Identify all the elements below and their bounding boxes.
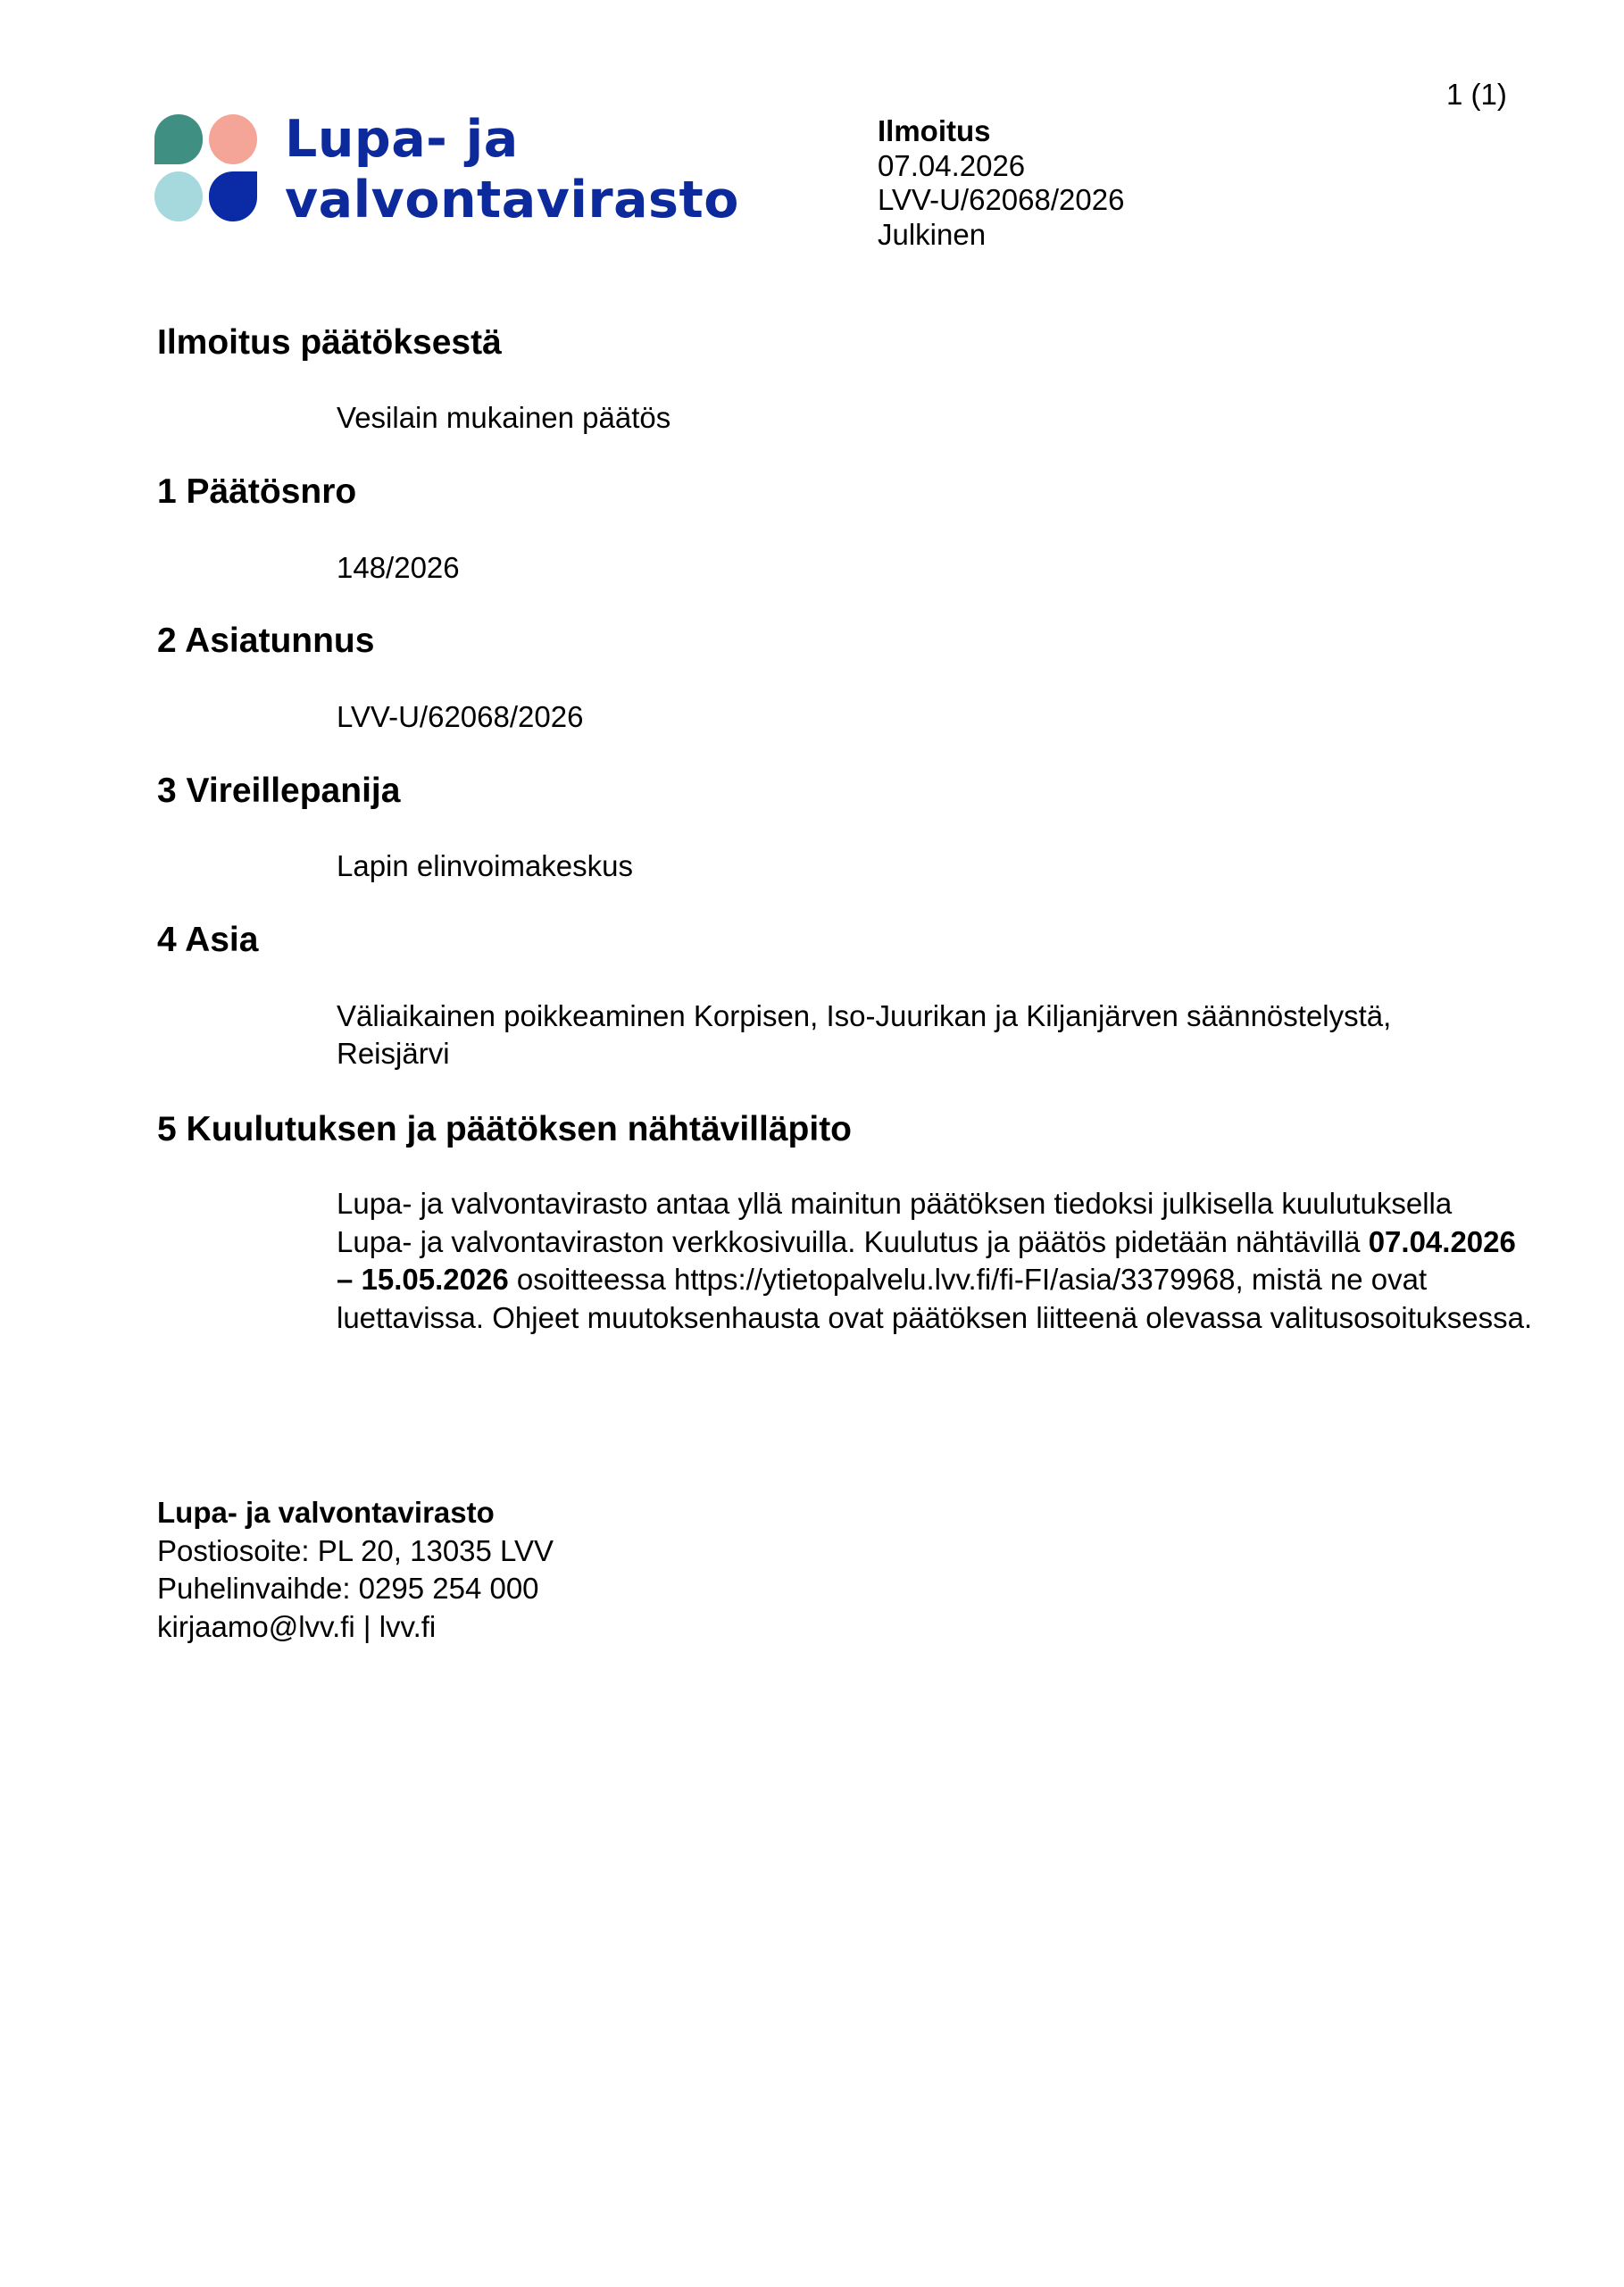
matter-line-2: Reisjärvi xyxy=(337,1035,450,1073)
page-title: Ilmoitus päätöksestä xyxy=(157,322,502,363)
logo-line-2: valvontavirasto xyxy=(285,170,739,230)
logo-cyan-circle-icon xyxy=(154,171,203,221)
publication-lead: Lupa- ja valvontavirasto antaa yllä main… xyxy=(337,1187,1452,1258)
case-id: LVV-U/62068/2026 xyxy=(337,698,583,737)
footer-links: kirjaamo@lvv.fi | lvv.fi xyxy=(157,1608,554,1647)
doc-type: Ilmoitus xyxy=(878,114,1124,149)
section-heading-publication: 5 Kuulutuksen ja päätöksen nähtävilläpit… xyxy=(157,1109,852,1150)
logo-salmon-circle-icon xyxy=(209,114,257,164)
page-indicator: 1 (1) xyxy=(1446,77,1507,113)
doc-date: 07.04.2026 xyxy=(878,149,1124,184)
logo-line-1: Lupa- ja xyxy=(285,109,739,170)
document-meta: Ilmoitus 07.04.2026 LVV-U/62068/2026 Jul… xyxy=(878,114,1124,253)
section-heading-decision-number: 1 Päätösnro xyxy=(157,472,356,513)
decision-number: 148/2026 xyxy=(337,549,460,588)
doc-publicity: Julkinen xyxy=(878,218,1124,253)
footer-contact: Lupa- ja valvontavirasto Postiosoite: PL… xyxy=(157,1494,554,1646)
logo-navy-drop-icon xyxy=(209,171,257,221)
footer-address: Postiosoite: PL 20, 13035 LVV xyxy=(157,1532,554,1571)
page-subtitle: Vesilain mukainen päätös xyxy=(337,399,670,438)
logo-mark-icon xyxy=(154,114,260,223)
doc-case-id: LVV-U/62068/2026 xyxy=(878,183,1124,218)
section-heading-initiator: 3 Vireillepanija xyxy=(157,771,400,812)
footer-website[interactable]: lvv.fi xyxy=(379,1610,437,1643)
logo-wordmark: Lupa- ja valvontavirasto xyxy=(285,109,739,230)
publication-paragraph: Lupa- ja valvontavirasto antaa yllä main… xyxy=(337,1185,1533,1337)
section-heading-matter: 4 Asia xyxy=(157,920,258,961)
agency-logo: Lupa- ja valvontavirasto xyxy=(154,114,726,230)
initiator: Lapin elinvoimakeskus xyxy=(337,847,633,886)
footer-separator: | xyxy=(355,1610,379,1643)
matter-line-1: Väliaikainen poikkeaminen Korpisen, Iso-… xyxy=(337,997,1391,1036)
footer-email[interactable]: kirjaamo@lvv.fi xyxy=(157,1610,355,1643)
publication-mid: osoitteessa xyxy=(509,1263,674,1296)
publication-url[interactable]: https://ytietopalvelu.lvv.fi/fi-FI/asia/… xyxy=(674,1263,1236,1296)
footer-org: Lupa- ja valvontavirasto xyxy=(157,1494,554,1532)
footer-phone: Puhelinvaihde: 0295 254 000 xyxy=(157,1570,554,1608)
logo-teal-drop-icon xyxy=(154,114,203,164)
section-heading-case-id: 2 Asiatunnus xyxy=(157,621,374,662)
